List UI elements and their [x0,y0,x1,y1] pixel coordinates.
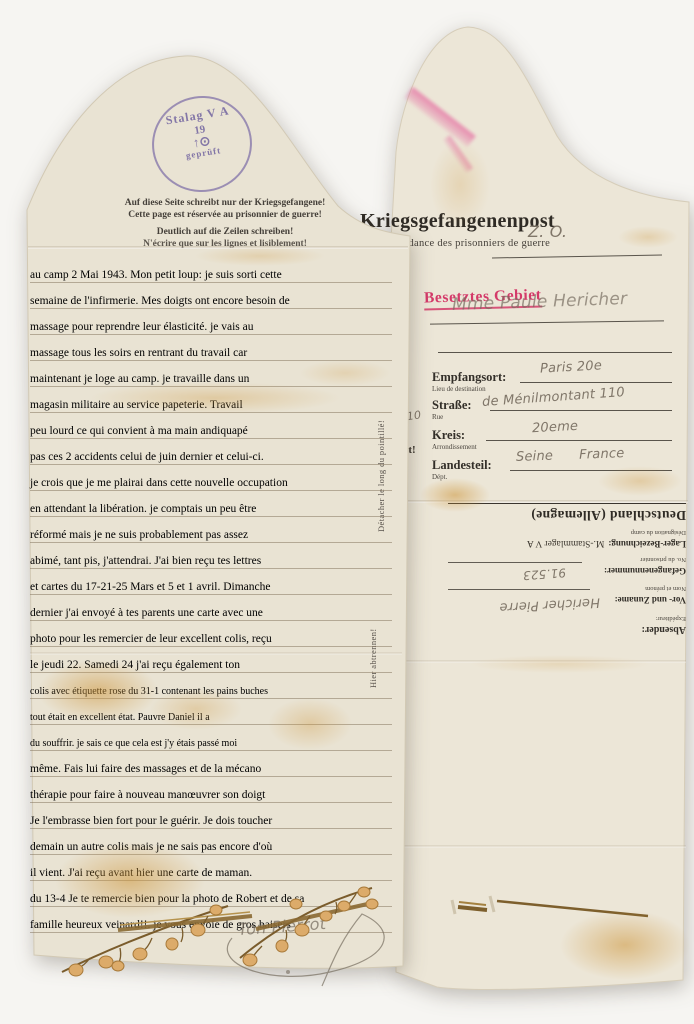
letter-sheet: Stalag V A 19 ↑⊙ geprüft Auf diese Seite… [0,0,694,1024]
photographed-pow-letter: { "colors": { "paper": "#e9e3d3", "paper… [0,0,694,1024]
pressed-flower-sprigs [0,0,694,1024]
